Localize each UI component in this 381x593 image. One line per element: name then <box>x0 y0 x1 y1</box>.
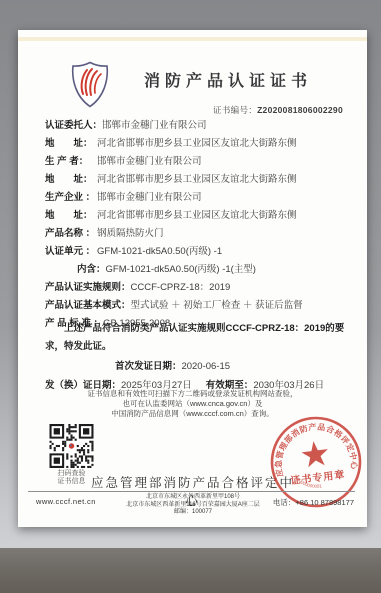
field-row-address-2: 地 址：河北省邯郸市肥乡县工业园区友谊北大街路东侧 <box>45 171 351 189</box>
field-value: CCCF-CPRZ-18：2019 <box>131 282 231 293</box>
field-value: 型式试验 ＋ 初始工厂检查 ＋ 获证后监督 <box>131 300 303 311</box>
table-surface <box>0 548 381 593</box>
field-label: 认证委托人： <box>45 117 102 135</box>
field-value: 河北省邯郸市肥乡县工业园区友谊北大街路东侧 <box>97 138 297 149</box>
field-label: 地 址： <box>45 171 97 189</box>
footer-divider <box>28 491 355 492</box>
field-value: 邯郸市金穗门业有限公司 <box>97 156 202 167</box>
first-issue-value: 2020-06-15 <box>181 361 230 372</box>
first-issue-label: 首次发证日期： <box>115 361 182 372</box>
field-value: GFM-1021-dk5A0.50(丙级) -1(主型) <box>106 264 256 275</box>
footer-address: 北京市东城区永外西革新里甲108号 北京市东城区西革新里116号百荣嘉园大厦A座… <box>103 494 283 517</box>
field-row-address-1: 地 址：河北省邯郸市肥乡县工业园区友谊北大街路东侧 <box>45 135 351 153</box>
footer-address-line2: 北京市东城区西革新里116号百荣嘉园大厦A座二层 <box>103 502 283 510</box>
field-label: 生 产 者： <box>45 153 97 171</box>
certificate-number-value: Z2020081806002290 <box>257 105 343 115</box>
field-value: 钢质隔热防火门 <box>97 228 164 239</box>
field-row-cert-unit: 认证单元 ：GFM-1021-dk5A0.50(丙级) -1 <box>45 243 351 261</box>
qr-code <box>48 424 95 468</box>
verification-note-line1: 证书信息和有效性可扫描下方二维码或登录发证机构网站查验， <box>18 389 367 399</box>
star-icon <box>300 440 329 468</box>
field-label: 产品认证实施规则： <box>45 279 131 297</box>
field-row-producer: 生 产 者：邯郸市金穗门业有限公司 <box>45 153 351 171</box>
paper-top-strip <box>18 37 367 41</box>
field-value: 河北省邯郸市肥乡县工业园区友谊北大街路东侧 <box>97 174 297 185</box>
conformity-statement: 上述产品符合消防类产品认证实施规则CCCF-CPRZ-18：2019的要求，特发… <box>45 320 345 356</box>
field-row-address-3: 地 址：河北省邯郸市肥乡县工业园区友谊北大街路东侧 <box>45 207 351 225</box>
field-row-cert-mode: 产品认证基本模式：型式试验 ＋ 初始工厂检查 ＋ 获证后监督 <box>45 297 351 315</box>
fire-shield-logo <box>71 61 109 108</box>
footer-postal-code: 邮编：100077 <box>103 509 283 517</box>
field-value: 邯郸市金穗门业有限公司 <box>102 120 207 131</box>
field-row-product-name: 产品名称 ：钢质隔热防火门 <box>45 225 351 243</box>
footer-phone: 电话：+86 10 87898177 <box>273 497 354 508</box>
field-row-included-models: 内含：GFM-1021-dk5A0.50(丙级) -1(主型) <box>45 261 351 279</box>
field-value: 邯郸市金穗门业有限公司 <box>97 192 202 203</box>
certificate-paper: 消防产品认证证书 证书编号：Z2020081806002290 认证委托人：邯郸… <box>18 30 367 527</box>
verification-note-line2: 也可在认监委网站（www.cnca.gov.cn）及 <box>18 399 367 409</box>
field-label: 生产企业 ： <box>45 189 97 207</box>
field-row-cert-rule: 产品认证实施规则：CCCF-CPRZ-18：2019 <box>45 279 351 297</box>
certificate-fields: 认证委托人：邯郸市金穗门业有限公司 地 址：河北省邯郸市肥乡县工业园区友谊北大街… <box>45 117 351 333</box>
certificate-number-label: 证书编号： <box>213 105 257 115</box>
first-issue-date-line: 首次发证日期：2020-06-15 <box>18 358 327 372</box>
footer-website: www.cccf.net.cn <box>36 497 96 506</box>
certificate-number: 证书编号：Z2020081806002290 <box>213 104 343 116</box>
field-label: 产品认证基本模式： <box>45 297 131 315</box>
field-row-manufacturer: 生产企业 ：邯郸市金穗门业有限公司 <box>45 189 351 207</box>
certificate-title: 消防产品认证证书 <box>113 68 343 91</box>
field-label: 地 址： <box>45 135 97 153</box>
field-value: GFM-1021-dk5A0.50(丙级) -1 <box>97 246 222 257</box>
field-label: 内含： <box>77 261 106 279</box>
field-value: 河北省邯郸市肥乡县工业园区友谊北大街路东侧 <box>97 210 297 221</box>
shield-flame-icon <box>71 61 109 108</box>
field-label: 地 址： <box>45 207 97 225</box>
field-label: 产品名称 ： <box>45 225 97 243</box>
field-label: 认证单元 ： <box>45 243 97 261</box>
field-row-applicant: 认证委托人：邯郸市金穗门业有限公司 <box>45 117 351 135</box>
footer-address-line1: 北京市东城区永外西革新里甲108号 <box>103 494 283 502</box>
